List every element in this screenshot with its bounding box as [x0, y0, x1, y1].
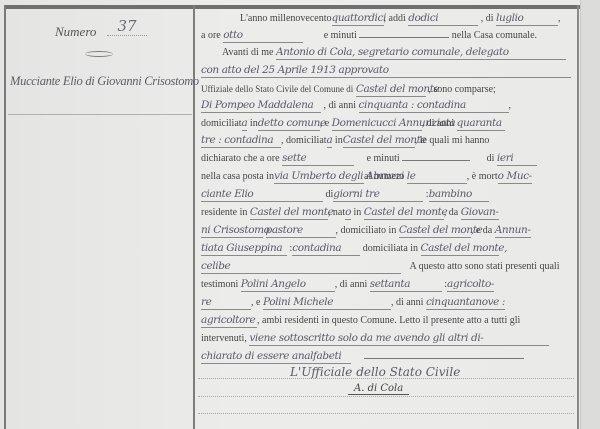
suffix: o: [345, 205, 351, 220]
form-line-deceased: ciante Elio digiorni tre :bambino: [201, 186, 573, 204]
label-declared: , le quali mi hanno: [415, 135, 490, 146]
label-in: in: [250, 118, 258, 129]
punct: ,: [558, 13, 561, 24]
dotted-rule: [198, 413, 574, 414]
value-officer: Antonio di Cola, segretario comunale, de…: [276, 45, 566, 60]
value-death-hour: sette: [282, 151, 354, 166]
label-born: , nat: [328, 207, 345, 218]
label-year: L'anno millenovecento: [240, 13, 332, 24]
form-line-declarant2: domiciliata indetto comune, e Domenicucc…: [201, 115, 573, 133]
label-intervened: intervenuti,: [201, 333, 247, 344]
label-died: , è mort: [467, 171, 498, 182]
form-line-witness1: testimoni Polini Angelo, di anni settant…: [201, 276, 573, 294]
suffix: a: [327, 133, 333, 148]
document-page: Numero 37 Mucciante Elio di Giovanni Cri…: [0, 0, 600, 429]
form-line-signature-note: intervenuti, viene sottoscritto solo da …: [201, 330, 573, 348]
label-age: , di anni: [422, 118, 455, 129]
label-in: in: [354, 207, 362, 218]
value-declarant1-domicile: detto comune: [258, 116, 320, 131]
value-witness2-name: Polini Michele: [263, 295, 391, 310]
form-line-father: ni Crisostomo pastore, domiciliato in Ca…: [201, 222, 573, 240]
top-border: [4, 5, 586, 9]
right-border: [577, 5, 579, 429]
label-appeared: , sono comparse;: [428, 84, 496, 95]
label-of: di: [487, 153, 495, 164]
value-witness1-occupation: agricolto-: [447, 277, 494, 292]
value-witness2-age: cinquantanove :: [426, 295, 505, 310]
label-age: , di anni: [391, 297, 424, 308]
value-minutes-blank: [402, 150, 470, 161]
label-month: , di: [481, 13, 494, 24]
form-line-read: agricoltore, ambi residenti in questo Co…: [201, 312, 573, 330]
form-line-hour: a ore otto e minuti nella Casa comunale.: [201, 27, 573, 45]
value-marital-status: celibe: [201, 259, 401, 274]
value-illiterate-note: chiarato di essere analfabeti: [201, 349, 351, 364]
value-house-number: le: [407, 169, 467, 184]
value-father-domicile: Castel del monte: [399, 223, 471, 238]
form-line-death-place: nella casa posta invia Umberto degli Abr…: [201, 168, 573, 186]
label-day: , addì: [384, 13, 406, 24]
value-father-name: ni Crisostomo: [201, 223, 263, 238]
column-divider: [193, 5, 195, 429]
officer-signature: A. di Cola: [348, 383, 409, 395]
value-death-day: ieri: [497, 151, 537, 166]
label-witnesses: testimoni: [201, 279, 238, 290]
value-mother-occupation: contadina: [292, 241, 360, 256]
form-line-comune: Uffiziale dello Stato Civile del Comune …: [201, 80, 573, 98]
form-line-officer: Avanti di me Antonio di Cola, segretario…: [222, 44, 574, 62]
label-in: in: [335, 135, 343, 146]
value-witness1-name: Polini Angelo: [241, 277, 335, 292]
value-signature-note: viene sottoscritto solo da me avendo gli…: [249, 331, 549, 346]
label-witnesses-present: A questo atto sono stati presenti quali: [410, 261, 560, 272]
value-month: luglio: [496, 11, 558, 26]
value-hour: otto: [223, 28, 303, 43]
value-residence: Castel del monte: [250, 205, 328, 220]
value-declarant2-age: quaranta: [457, 116, 505, 131]
value-mother-domicile: Castel del monte,: [421, 241, 499, 256]
label-and: , e: [251, 297, 260, 308]
value-birthplace: Castel del monte: [364, 205, 444, 220]
form-line-declarant2-cont: tre : contadina, domiciliata inCastel de…: [201, 132, 573, 150]
label-house: nella casa posta in: [201, 171, 274, 182]
label-before-me: Avanti di me: [222, 47, 273, 58]
value-father-occupation: pastore: [266, 223, 336, 238]
label-minutes: e minuti: [367, 153, 400, 164]
margin-rule: [8, 114, 192, 115]
label-hour: a ore: [201, 30, 221, 41]
value-deceased-name: ciante Elio: [201, 187, 323, 202]
value-father-start: Giovan-: [461, 205, 499, 220]
label-and-from: , e da: [471, 225, 492, 236]
form-line-mother: tiata Giuseppina :contadina domiciliata …: [201, 240, 573, 258]
value-deceased-age: giorni tre: [333, 187, 423, 202]
value-deceased-name-start: o Muc-: [498, 169, 532, 184]
value-delegation: con atto del 25 Aprile 1913 approvato: [201, 63, 571, 78]
value-street: via Umberto degli Abruzzi: [274, 169, 364, 184]
label-number: al numero: [364, 171, 404, 182]
label-minutes: e minuti: [324, 30, 357, 41]
label-age: , di anni: [335, 279, 368, 290]
value-declarant1-name: Di Pompeo Maddalena: [201, 98, 321, 113]
record-number-label: Numero: [55, 24, 96, 40]
value-minutes-blank: [359, 27, 449, 38]
form-line-residence: residente in Castel del monte, nato in C…: [201, 204, 573, 222]
left-border: [4, 5, 6, 429]
value-declarant2-age-occupation: tre : contadina: [201, 133, 281, 148]
form-line-declarant1: Di Pompeo Maddalena , di anni cinquanta …: [201, 97, 573, 115]
value-witness1-age: settanta: [370, 277, 442, 292]
form-line-illiterate: chiarato di essere analfabeti: [201, 348, 573, 366]
value-deceased-occupation: bambino: [429, 187, 489, 202]
value-declarant2-domicile: Castel del monte: [343, 133, 415, 148]
form-line-death-time: dichiarato che a ore sette e minuti di i…: [201, 150, 573, 168]
value-mother-start: Annun-: [495, 223, 531, 238]
ornament-flourish-icon: [85, 51, 113, 57]
label-age: , di anni: [324, 100, 357, 111]
value-comune: Castel del monte: [356, 82, 426, 97]
punct: ,: [509, 100, 512, 111]
deceased-margin-entry: Mucciante Elio di Giovanni Crisostomo: [10, 74, 192, 89]
form-line-status: celibe A questo atto sono stati presenti…: [201, 258, 573, 276]
label-declared-hour: dichiarato che a ore: [201, 153, 280, 164]
form-line-witness2: re, e Polini Michele, di anni cinquantan…: [201, 294, 573, 312]
record-number-value: 37: [107, 17, 147, 36]
label-read-statement: , ambi residenti in questo Comune. Letto…: [257, 315, 520, 326]
label-resident: residente in: [201, 207, 247, 218]
form-line-year: L'anno millenovecentoquattordici, addì d…: [240, 10, 575, 28]
value-day: dodici: [408, 11, 478, 26]
label-domiciled: domiciliata in: [363, 243, 418, 254]
label-domiciled: , domiciliat: [281, 135, 327, 146]
label-domiciled: , domiciliato in: [336, 225, 397, 236]
blank-line: [364, 348, 524, 359]
label-comune: Uffiziale dello Stato Civile del Comune …: [201, 84, 353, 94]
label-of-age: di: [326, 189, 334, 200]
label-from: , da: [444, 207, 458, 218]
value-witness2-occupation: agricoltore: [201, 313, 257, 328]
value-mother-name: tiata Giuseppina: [201, 241, 287, 256]
label-domiciled: domiciliat: [201, 118, 242, 129]
label-and: , e: [320, 118, 329, 129]
label-town-hall: nella Casa comunale.: [452, 30, 537, 41]
value-declarant2-name: Domenicucci Annunziata: [332, 116, 422, 131]
page-edge: [580, 0, 600, 429]
form-line-delegation: con atto del 25 Aprile 1913 approvato: [201, 62, 573, 80]
value-declarant1-age-occupation: cinquanta : contadina: [359, 98, 509, 113]
value-year: quattordici: [332, 11, 384, 26]
value-witness1-occupation-end: re: [201, 295, 251, 310]
officer-signature-title: L'Ufficiale dello Stato Civile: [290, 365, 460, 379]
dotted-rule: [198, 396, 574, 397]
suffix: a: [242, 116, 248, 131]
